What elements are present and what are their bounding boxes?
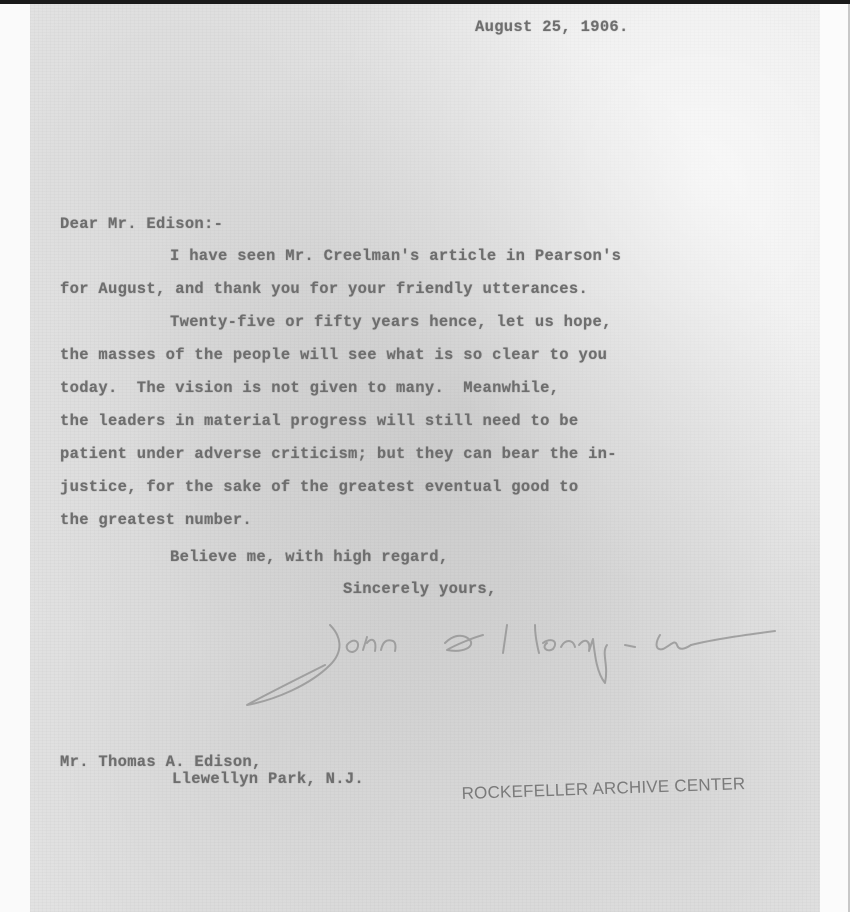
left-margin [0,4,30,912]
signature-icon [235,595,795,715]
addressee-address: Llewellyn Park, N.J. [172,770,364,788]
body-line: I have seen Mr. Creelman's article in Pe… [170,247,621,265]
right-margin [820,4,848,912]
salutation: Dear Mr. Edison:- [60,215,223,233]
body-line: patient under adverse criticism; but the… [60,445,617,463]
body-line: the leaders in material progress will st… [60,412,578,430]
handwritten-signature [235,595,795,715]
body-line: today. The vision is not given to many. … [60,379,559,397]
body-line: for August, and thank you for your frien… [60,280,588,298]
body-line: Twenty-five or fifty years hence, let us… [170,313,612,331]
letter-date: August 25, 1906. [475,18,629,36]
body-line: the greatest number. [60,511,252,529]
body-line: the masses of the people will see what i… [60,346,607,364]
addressee-name: Mr. Thomas A. Edison, [60,753,262,771]
scanned-letter-page: August 25, 1906. Dear Mr. Edison:- I hav… [0,0,850,912]
body-line: justice, for the sake of the greatest ev… [60,478,578,496]
closing-regards: Believe me, with high regard, [170,548,448,566]
